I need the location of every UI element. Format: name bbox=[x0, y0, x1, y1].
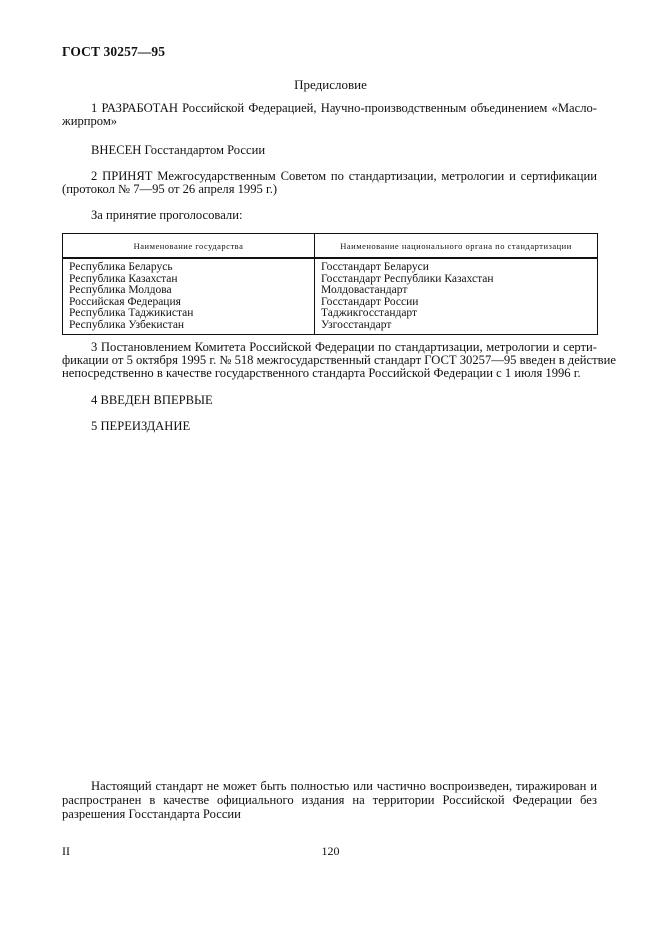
standards-body-name: Узгосстандарт bbox=[321, 320, 591, 332]
notice-line: распространен в качестве официального из… bbox=[62, 793, 597, 807]
notice-line: Настоящий стандарт не может быть полност… bbox=[62, 779, 597, 793]
paragraph-line: 1 РАЗРАБОТАН Российской Федерацией, Науч… bbox=[62, 102, 597, 115]
voted-label: За принятие проголосовали: bbox=[91, 208, 242, 223]
column-header-body: Наименование национального органа по ста… bbox=[315, 234, 598, 259]
copyright-notice: Настоящий стандарт не может быть полност… bbox=[62, 779, 597, 822]
table-header-row: Наименование государства Наименование на… bbox=[63, 234, 598, 259]
standards-body-cell: Госстандарт Беларуси Госстандарт Республ… bbox=[315, 258, 598, 334]
paragraph-introduced: ВНЕСЕН Госстандартом России bbox=[91, 143, 265, 158]
state-name: Республика Беларусь bbox=[69, 262, 308, 274]
paragraph-line: (протокол № 7—95 от 26 апреля 1995 г.) bbox=[62, 183, 597, 196]
paragraph-line: непосредственно в качестве государственн… bbox=[62, 367, 597, 380]
notice-line: разрешения Госстандарта России bbox=[62, 807, 597, 821]
state-names-cell: Республика Беларусь Республика Казахстан… bbox=[63, 258, 315, 334]
section-title: Предисловие bbox=[0, 77, 661, 93]
paragraph-enactment: 3 Постановлением Комитета Российской Фед… bbox=[62, 341, 597, 381]
column-header-state: Наименование государства bbox=[63, 234, 315, 259]
voting-states-table: Наименование государства Наименование на… bbox=[62, 233, 598, 335]
paragraph-first-introduced: 4 ВВЕДЕН ВПЕРВЫЕ bbox=[91, 393, 213, 408]
standards-body-name: Госстандарт Беларуси bbox=[321, 262, 591, 274]
document-code: ГОСТ 30257—95 bbox=[62, 44, 165, 60]
paragraph-line: жирпром» bbox=[62, 115, 597, 128]
paragraph-reissue: 5 ПЕРЕИЗДАНИЕ bbox=[91, 419, 190, 434]
paragraph-developed: 1 РАЗРАБОТАН Российской Федерацией, Науч… bbox=[62, 102, 597, 128]
table-row: Республика Беларусь Республика Казахстан… bbox=[63, 258, 598, 334]
page-number: 120 bbox=[0, 844, 661, 859]
paragraph-adopted: 2 ПРИНЯТ Межгосударственным Советом по с… bbox=[62, 170, 597, 196]
state-name: Республика Узбекистан bbox=[69, 320, 308, 332]
